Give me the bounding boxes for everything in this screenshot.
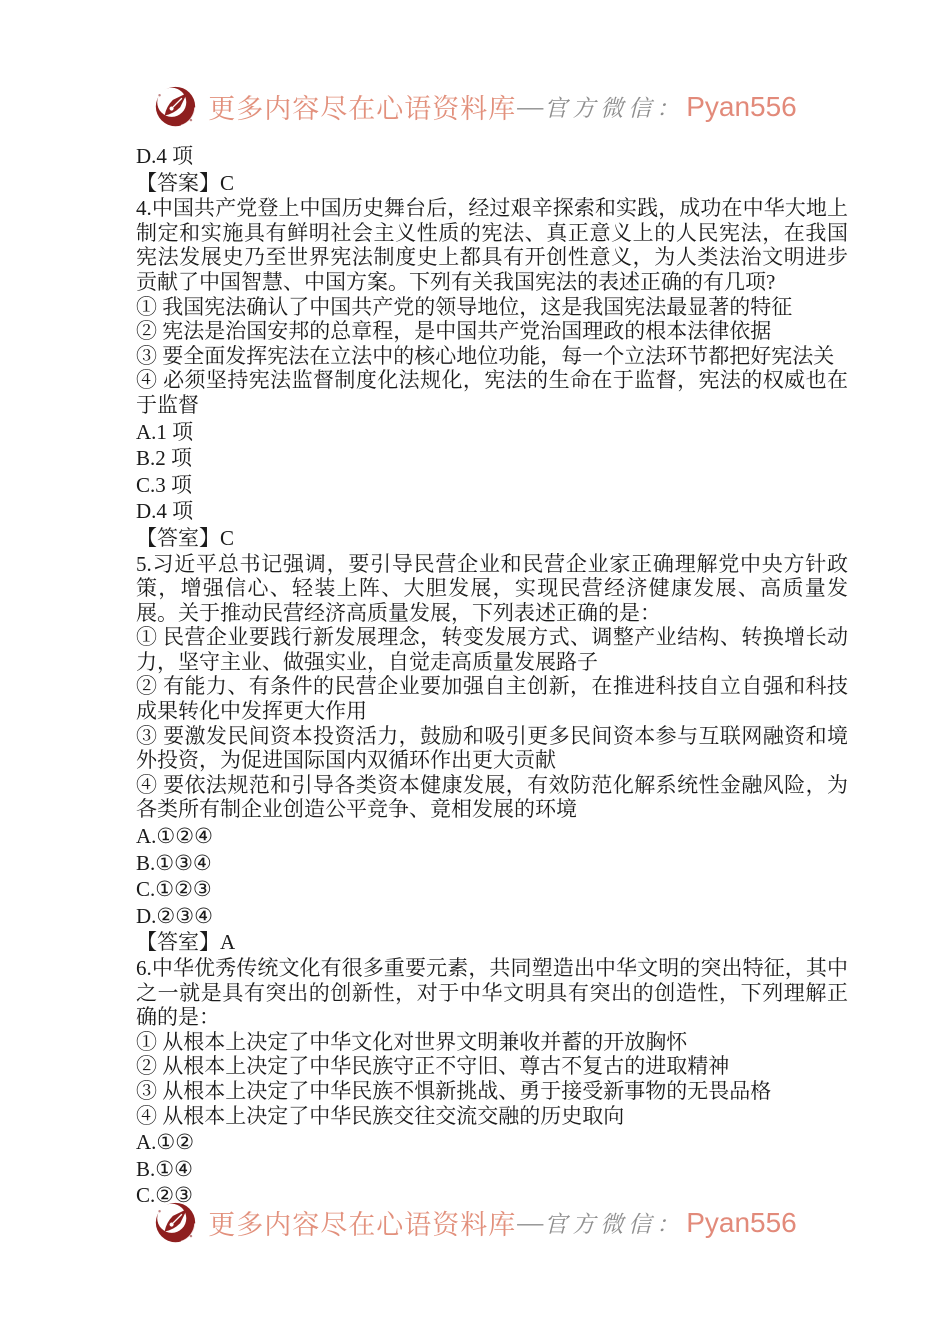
question-6-statement-4: ④ 从根本上决定了中华民族交往交流交融的历史取向 [136,1104,848,1129]
carryover-answer: 【答案】C [136,171,848,196]
watermark-site-text: 更多内容尽在心语资料库 [208,1203,516,1242]
question-4-option-d: D.4 项 [136,499,848,524]
question-5-option-a: A.①②④ [136,824,848,849]
question-4-statement-1: ① 我国宪法确认了中国共产党的领导地位，这是我国宪法最显著的特征 [136,295,848,320]
watermark-dash: — [517,1208,543,1238]
question-6-option-b: B.①④ [136,1157,848,1182]
pen-emblem-logo-icon [153,1200,198,1245]
watermark-wechat-label: 官方微信： [544,90,684,123]
question-4-option-c: C.3 项 [136,473,848,498]
watermark-wechat-id: Pyan556 [686,91,797,123]
question-5-stem: 5.习近平总书记强调，要引导民营企业和民营企业家正确理解党中央方针政策，增强信心… [136,552,848,626]
question-6-statement-2: ② 从根本上决定了中华民族守正不守旧、尊古不复古的进取精神 [136,1054,848,1079]
watermark-wechat-label: 官方微信： [544,1206,684,1239]
question-4-option-a: A.1 项 [136,420,848,445]
exam-body: D.4 项 【答案】C 4.中国共产党登上中国历史舞台后，经过艰辛探索和实践，成… [136,142,848,1210]
document-page: 更多内容尽在心语资料库 — 官方微信： Pyan556 D.4 项 【答案】C … [0,0,950,1344]
question-6-option-a: A.①② [136,1130,848,1155]
watermark-dash: — [517,92,543,122]
question-4-statement-3: ③ 要全面发挥宪法在立法中的核心地位功能，每一个立法环节都把好宪法关 [136,344,848,369]
question-5-answer: 【答室】A [136,930,848,955]
question-5-option-d: D.②③④ [136,904,848,929]
question-4-statement-4: ④ 必须坚持宪法监督制度化法规化，宪法的生命在于监督，宪法的权威也在于监督 [136,368,848,417]
question-6-statement-3: ③ 从根本上决定了中华民族不惧新挑战、勇于接受新事物的无畏品格 [136,1079,848,1104]
carryover-option-d: D.4 项 [136,144,848,169]
header-watermark: 更多内容尽在心语资料库 — 官方微信： Pyan556 [0,84,950,129]
question-4-stem: 4.中国共产党登上中国历史舞台后，经过艰辛探索和实践，成功在中华大地上制定和实施… [136,196,848,294]
question-4-option-b: B.2 项 [136,446,848,471]
question-4-answer: 【答室】C [136,526,848,551]
question-5-statement-3: ③ 要激发民间资本投资活力，鼓励和吸引更多民间资本参与互联网融资和境外投资，为促… [136,724,848,773]
watermark-site-text: 更多内容尽在心语资料库 [208,87,516,126]
pen-emblem-logo-icon [153,84,198,129]
question-5-statement-2: ② 有能力、有条件的民营企业要加强自主创新，在推进科技自立自强和科技成果转化中发… [136,674,848,723]
question-5-statement-4: ④ 要依法规范和引导各类资本健康发展，有效防范化解系统性金融风险，为各类所有制企… [136,773,848,822]
question-5-option-c: C.①②③ [136,877,848,902]
question-6-statement-1: ① 从根本上决定了中华文化对世界文明兼收并蓄的开放胸怀 [136,1030,848,1055]
watermark-wechat-id: Pyan556 [686,1207,797,1239]
footer-watermark: 更多内容尽在心语资料库 — 官方微信： Pyan556 [0,1200,950,1245]
question-5-statement-1: ① 民营企业要践行新发展理念，转变发展方式、调整产业结构、转换增长动力，坚守主业… [136,625,848,674]
question-5-option-b: B.①③④ [136,851,848,876]
question-6-stem: 6.中华优秀传统文化有很多重要元素，共同塑造出中华文明的突出特征，其中之一就是具… [136,956,848,1030]
question-4-statement-2: ② 宪法是治国安邦的总章程，是中国共产党治国理政的根本法律依据 [136,319,848,344]
